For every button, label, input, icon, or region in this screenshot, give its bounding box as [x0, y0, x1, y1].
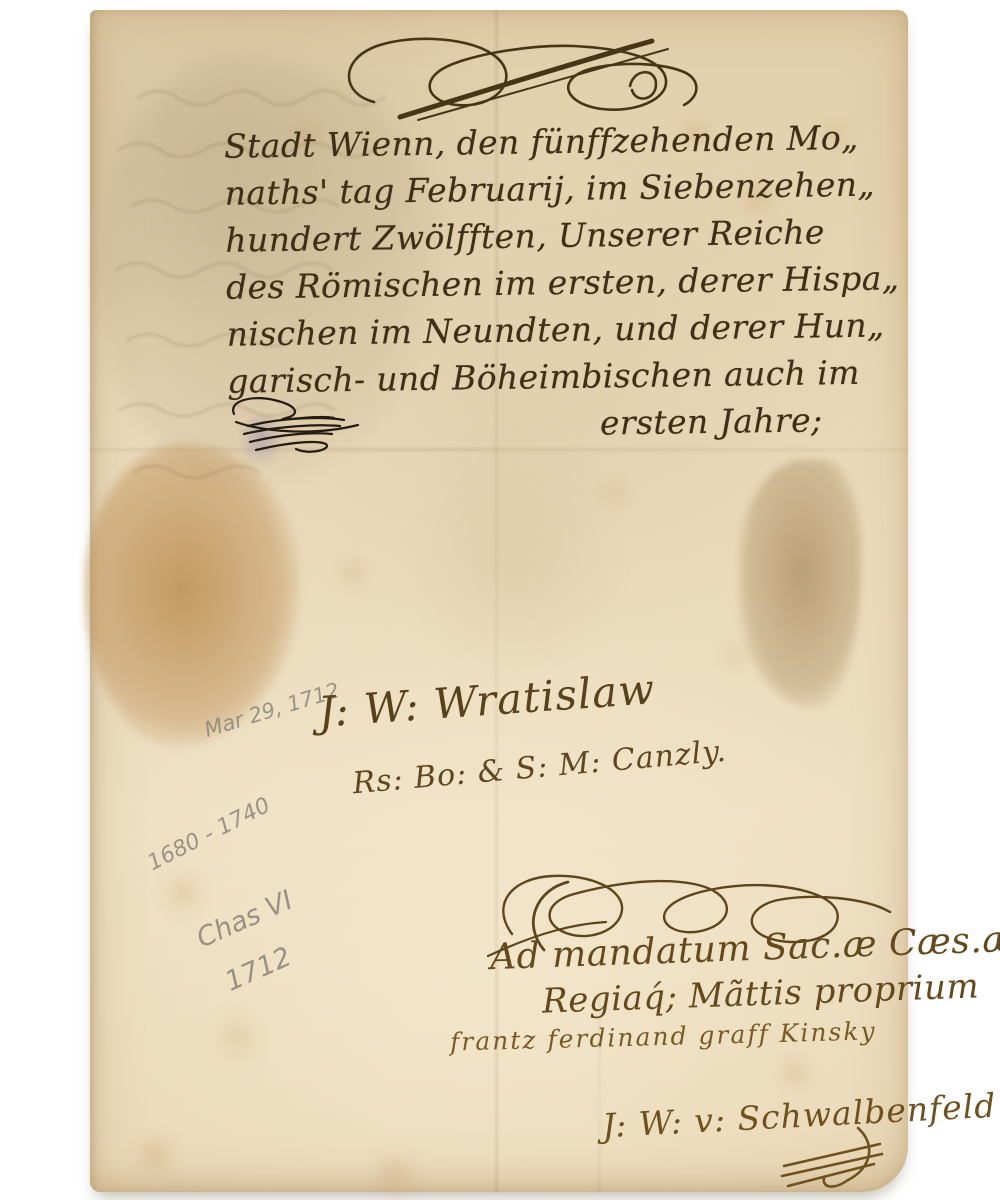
damp-stain-center	[410, 420, 620, 690]
pencil-lifespan-annotation: 1680 - 1740	[144, 793, 275, 876]
top-flourish	[334, 24, 706, 126]
pencil-year-annotation: 1712	[221, 941, 296, 997]
registrator-paraph	[778, 1122, 900, 1194]
countersignature-line2: Regiaq́; Mãttis proprium	[541, 966, 979, 1021]
secretary-signature: frantz ferdinand graff Kinsky	[450, 1016, 877, 1056]
brown-stain-right	[738, 460, 862, 708]
chancellor-signature: J: W: Wratislaw	[317, 664, 657, 736]
chancellor-title-line: Rs: Bo: & S: M: Canzly.	[351, 734, 728, 802]
soft-blotches	[90, 10, 100, 20]
imperial-paraph-scribble	[220, 392, 372, 456]
bottom-fold-crease	[598, 990, 601, 1192]
letter-line-closing: ersten Jahre;	[600, 395, 902, 446]
manuscript-photo: Stadt Wienn, den fünffzehenden Mo„ naths…	[0, 0, 1000, 1200]
paper-sheet: Stadt Wienn, den fünffzehenden Mo„ naths…	[90, 10, 908, 1192]
